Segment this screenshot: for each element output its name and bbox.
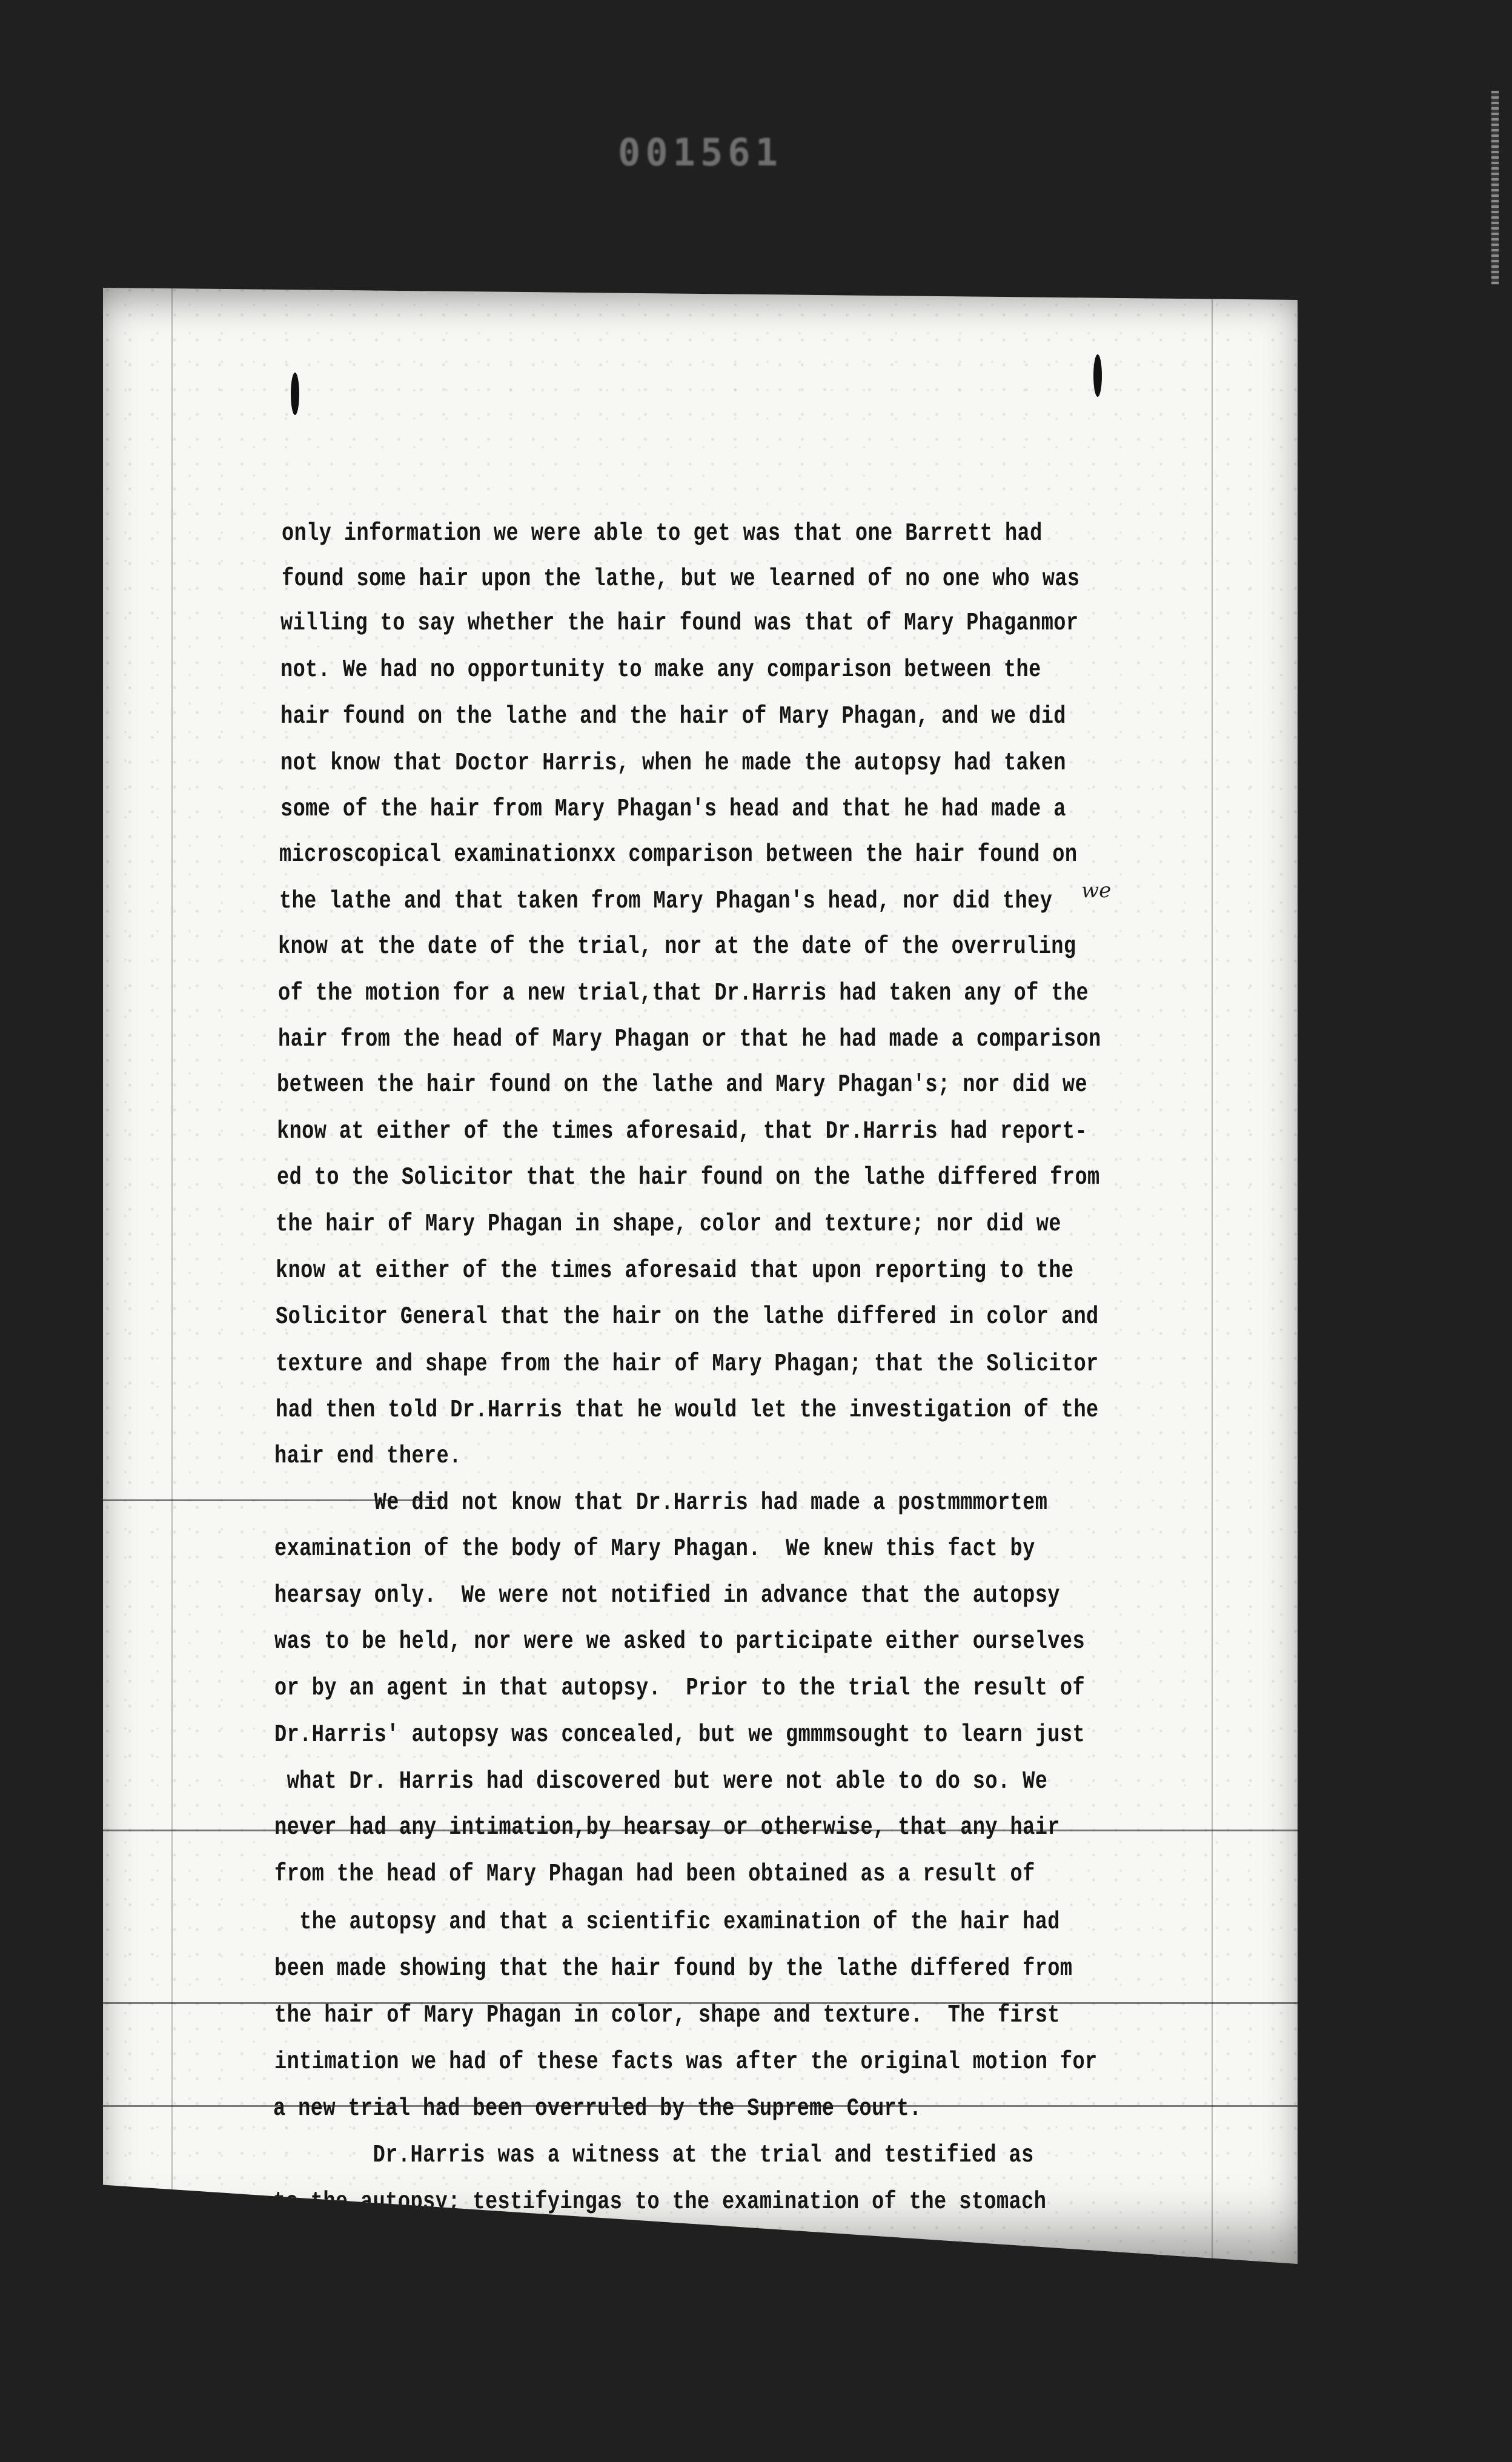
text-line: ed to the Solicitor that the hair found … xyxy=(277,1164,1100,1192)
handwritten-correction: we xyxy=(1081,878,1111,903)
text-line: know at either of the times aforesaid, t… xyxy=(277,1118,1087,1146)
text-line: hair found on the lathe and the hair of … xyxy=(280,703,1066,731)
text-line: willing to say whether the hair found wa… xyxy=(280,609,1078,637)
text-line: hair end there. xyxy=(274,1442,462,1470)
text-line: what Dr. Harris had discovered but were … xyxy=(274,1768,1047,1796)
text-line: or by an agent in that autopsy. Prior to… xyxy=(274,1674,1085,1702)
text-line: the lathe and that taken from Mary Phaga… xyxy=(279,888,1052,915)
text-line: a new trial had been overruled by the Su… xyxy=(273,2095,921,2123)
text-line: know at either of the times aforesaid th… xyxy=(276,1257,1073,1285)
text-line: not. We had no opportunity to make any c… xyxy=(280,656,1041,684)
text-line: We did not know that Dr.Harris had made … xyxy=(274,1489,1047,1517)
text-line: texture and shape from the hair of Mary … xyxy=(276,1350,1099,1378)
text-line: been made showing that the hair found by… xyxy=(274,1955,1072,1983)
film-edge xyxy=(1491,91,1499,285)
text-line: never had any intimation,by hearsay or o… xyxy=(274,1814,1060,1842)
text-line: to the autopsy; testifyingas to the exam… xyxy=(273,2188,1046,2216)
text-line: found some hair upon the lathe, but we l… xyxy=(282,565,1079,593)
text-line: some of the hair from Mary Phagan's head… xyxy=(280,795,1066,823)
text-line: from the head of Mary Phagan had been ob… xyxy=(274,1860,1035,1888)
text-line: not know that Doctor Harris, when he mad… xyxy=(280,749,1066,777)
punch-hole-left xyxy=(291,373,299,415)
text-line: know at the date of the trial, nor at th… xyxy=(278,933,1076,961)
text-line: intimation we had of these facts was aft… xyxy=(274,2048,1098,2076)
text-line: between the hair found on the lathe and … xyxy=(277,1071,1087,1099)
text-line: examination of the body of Mary Phagan. … xyxy=(274,1535,1035,1563)
text-line: microscopical examinationxx comparison b… xyxy=(279,841,1077,869)
text-line: was to be held, nor were we asked to par… xyxy=(274,1628,1085,1656)
text-line: hearsay only. We were not notified in ad… xyxy=(274,1582,1060,1610)
text-line: Dr.Harris' autopsy was concealed, but we… xyxy=(274,1721,1085,1749)
text-line: had then told Dr.Harris that he would le… xyxy=(276,1396,1099,1424)
frame-stamp-number: 001561 xyxy=(618,130,783,173)
right-margin-line xyxy=(1212,288,1213,2264)
text-line: hair from the head of Mary Phagan or tha… xyxy=(278,1026,1101,1053)
text-line: the autopsy and that a scientific examin… xyxy=(274,1908,1060,1936)
typed-page: we only information we were able to get … xyxy=(103,288,1298,2264)
text-line: of the motion for a new trial,that Dr.Ha… xyxy=(278,980,1089,1007)
text-line: Solicitor General that the hair on the l… xyxy=(276,1303,1099,1331)
text-line: only information we were able to get was… xyxy=(282,520,1043,548)
text-line: the hair of Mary Phagan in color, shape … xyxy=(274,2002,1060,2029)
text-line: Dr.Harris was a witness at the trial and… xyxy=(273,2142,1034,2169)
text-line: the hair of Mary Phagan in shape, color … xyxy=(276,1210,1061,1238)
punch-hole-right xyxy=(1093,354,1102,397)
left-margin-line xyxy=(171,288,173,2264)
